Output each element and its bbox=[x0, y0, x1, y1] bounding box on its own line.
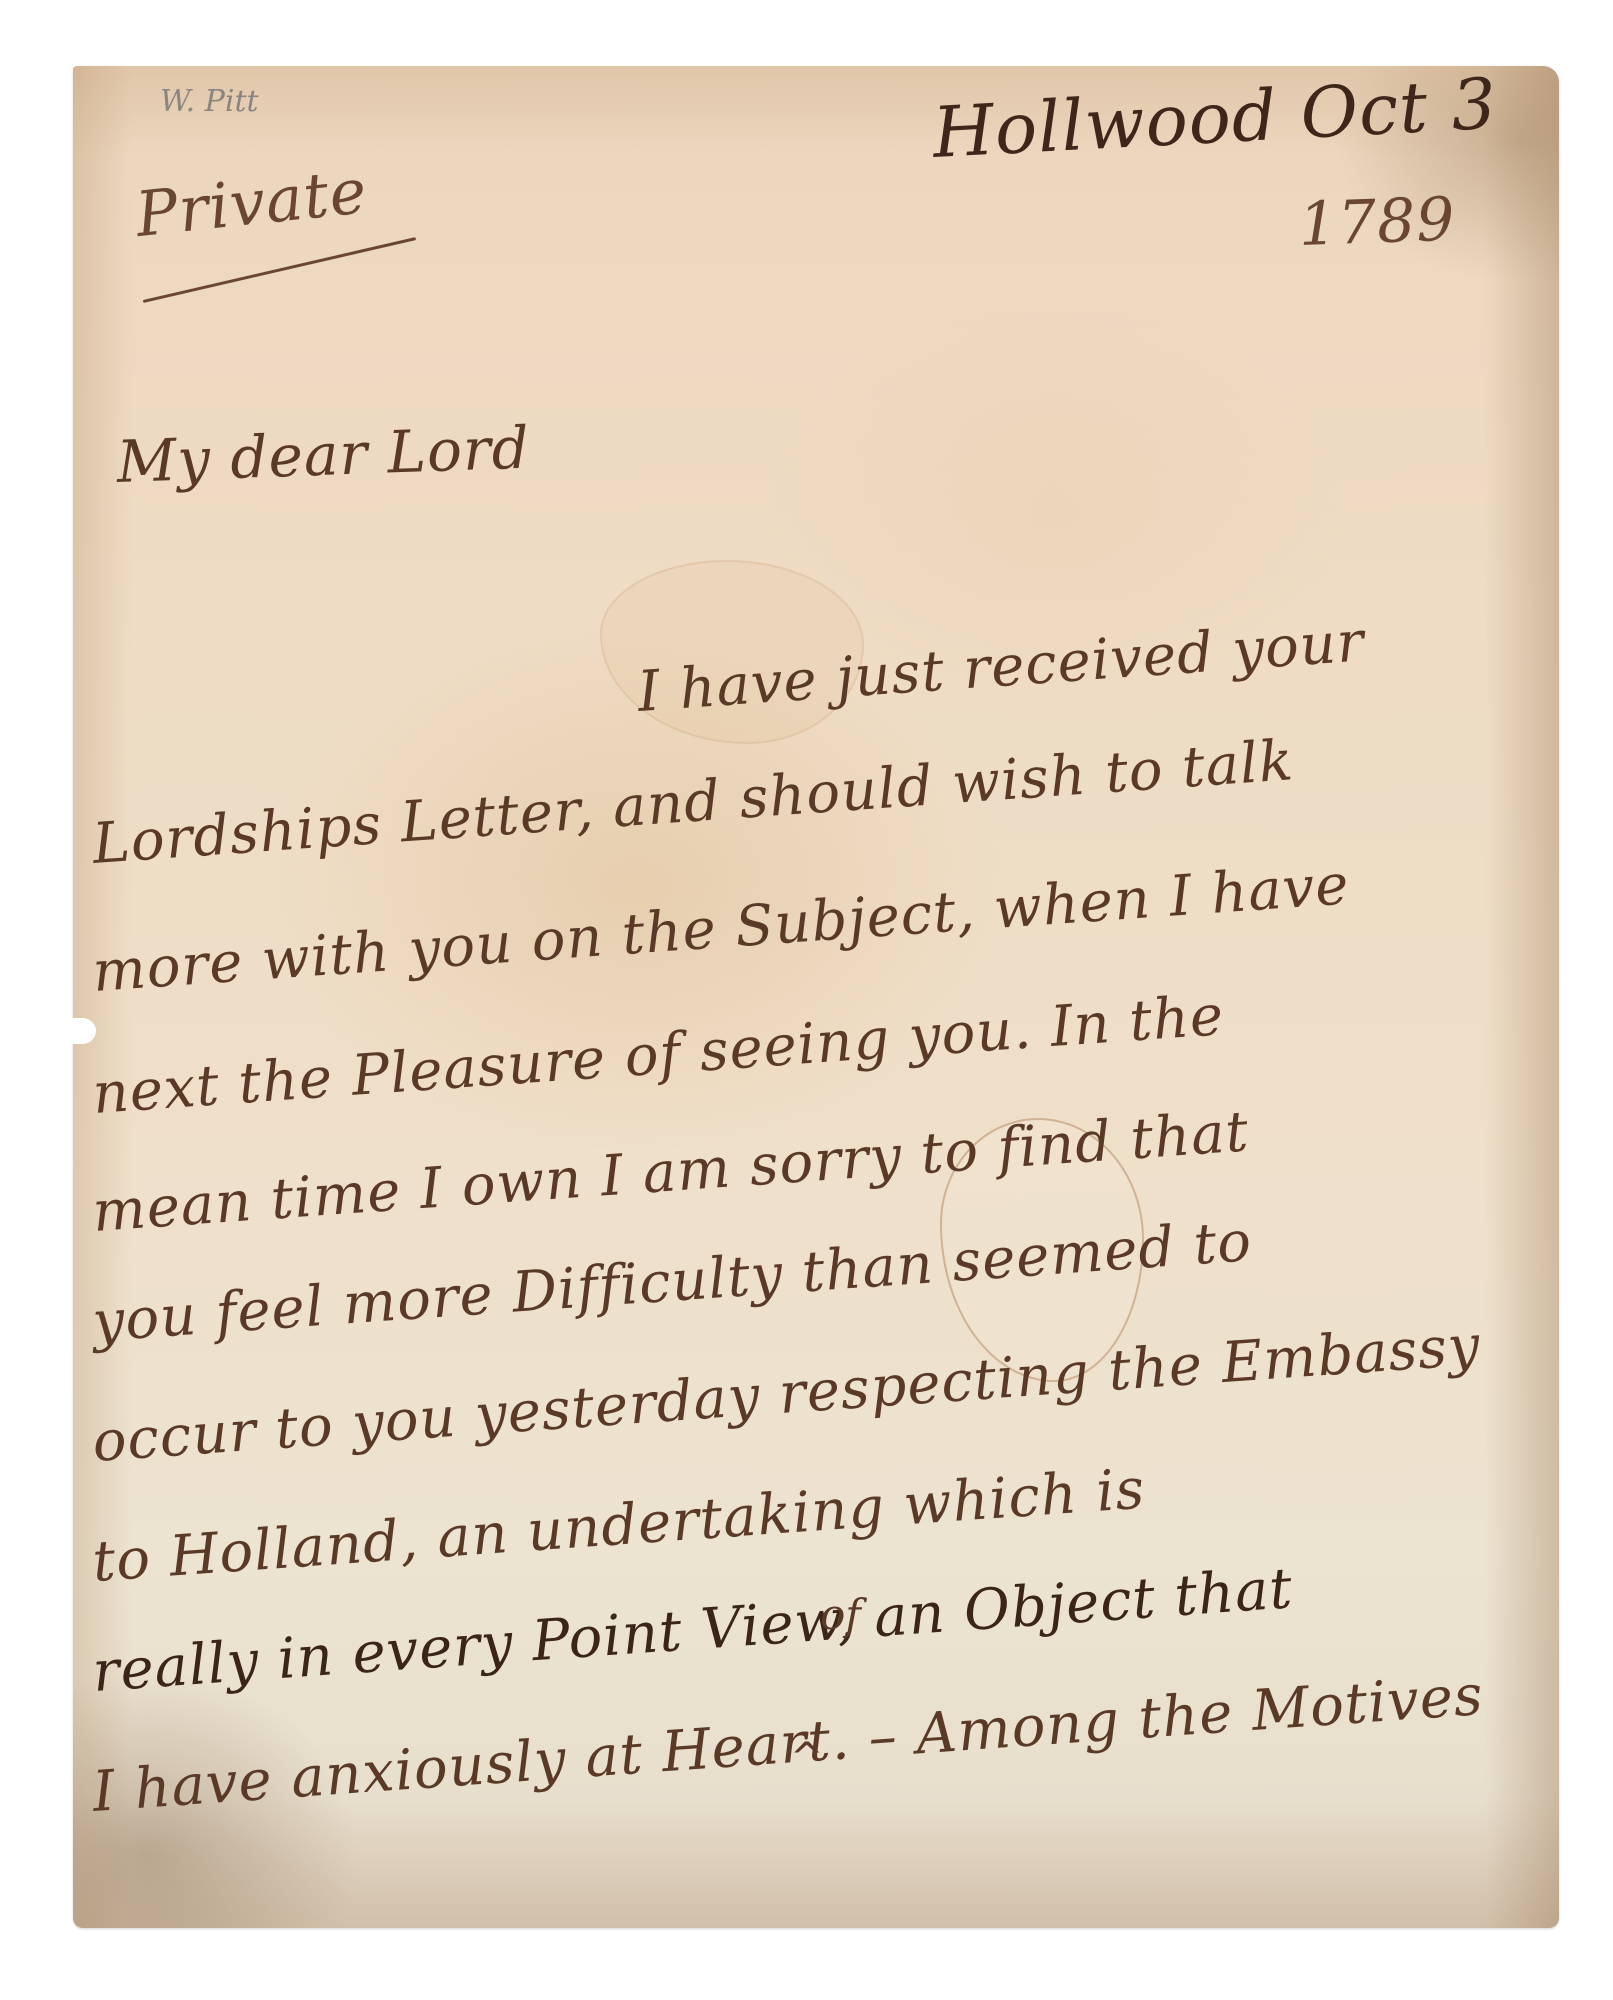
interlinear-insertion: of bbox=[820, 1590, 861, 1639]
year-heading: 1789 bbox=[1298, 185, 1457, 260]
pencil-annotation: W. Pitt bbox=[160, 84, 259, 119]
salutation: My dear Lord bbox=[116, 414, 531, 496]
paper-edge-tear bbox=[68, 1018, 96, 1044]
insertion-caret: ^ bbox=[790, 1735, 824, 1781]
